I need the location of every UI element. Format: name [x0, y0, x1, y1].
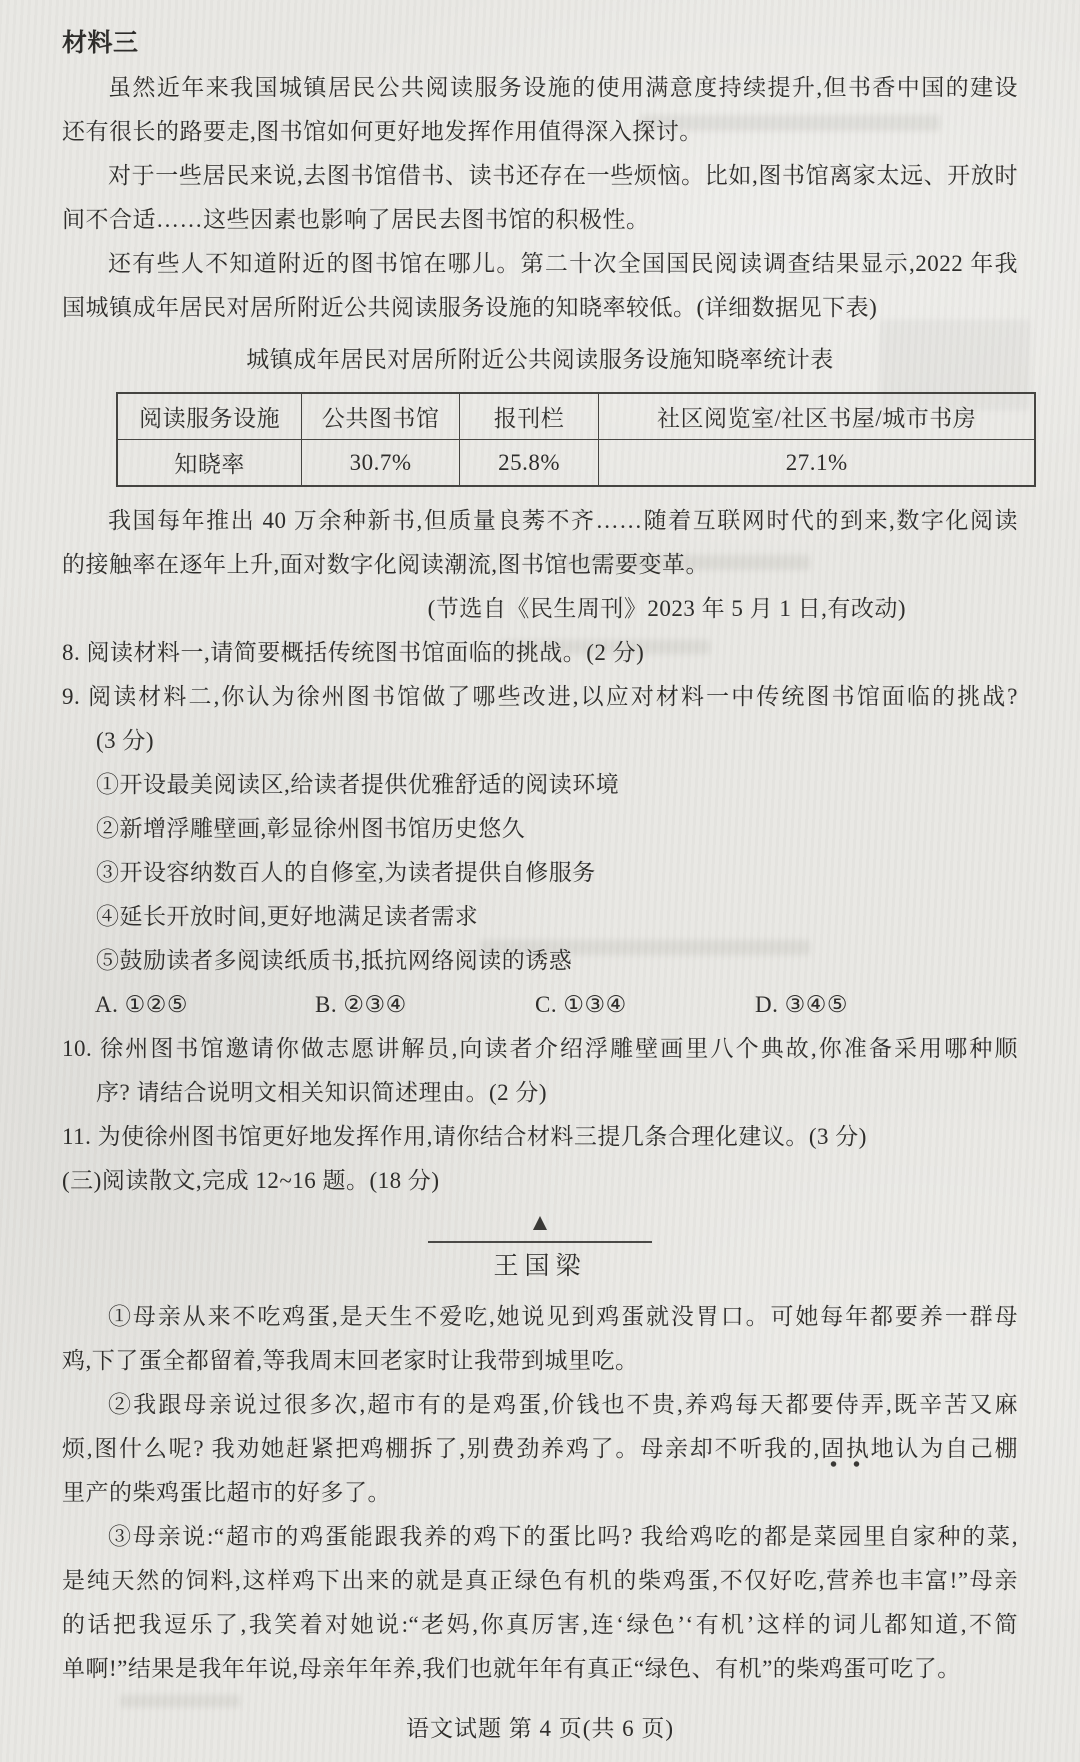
- table-row: 知晓率 30.7% 25.8% 27.1%: [117, 440, 1035, 487]
- page-content: 材料三 虽然近年来我国城镇居民公共阅读服务设施的使用满意度持续提升,但书香中国的…: [0, 0, 1080, 1751]
- essay-paragraph-line-with-emphasis: 烦,图什么呢? 我劝她赶紧把鸡棚拆了,别费劲养鸡了。母亲却不听我的,固执地认为自…: [62, 1427, 1018, 1471]
- option-b: B. ②③④: [315, 983, 535, 1027]
- material3-paragraph-line: 虽然近年来我国城镇居民公共阅读服务设施的使用满意度持续提升,但书香中国的建设: [62, 66, 1018, 110]
- essay-paragraph-line: 鸡,下了蛋全都留着,等我周末回老家时让我带到城里吃。: [62, 1339, 1018, 1383]
- material3-paragraph-line: 我国每年推出 40 万余种新书,但质量良莠不齐……随着互联网时代的到来,数字化阅…: [62, 499, 1018, 543]
- page-footer: 语文试题 第 4 页(共 6 页): [62, 1707, 1018, 1751]
- table-row-label: 知晓率: [117, 440, 302, 487]
- question-9-item-2: ②新增浮雕壁画,彰显徐州图书馆历史悠久: [62, 807, 1018, 851]
- question-9-line: 9. 阅读材料二,你认为徐州图书馆做了哪些改进,以应对材料一中传统图书馆面临的挑…: [62, 675, 1018, 719]
- table-header-cell: 阅读服务设施: [117, 393, 302, 440]
- material3-paragraph-line: 还有很长的路要走,图书馆如何更好地发挥作用值得深入探讨。: [62, 110, 1018, 154]
- source-attribution: (节选自《民生周刊》2023 年 5 月 1 日,有改动): [62, 587, 1018, 631]
- essay-title-block: ▲ 王国梁: [62, 1203, 1018, 1295]
- question-9-item-1: ①开设最美阅读区,给读者提供优雅舒适的阅读环境: [62, 763, 1018, 807]
- essay-paragraph-line: 的话把我逗乐了,我笑着对她说:“老妈,你真厉害,连‘绿色’‘有机’这样的词儿都知…: [62, 1603, 1018, 1647]
- option-d: D. ③④⑤: [755, 983, 848, 1027]
- essay-paragraph-line: ③母亲说:“超市的鸡蛋能跟我养的鸡下的蛋比吗? 我给鸡吃的都是菜园里自家种的菜,: [62, 1515, 1018, 1559]
- option-c: C. ①③④: [535, 983, 755, 1027]
- question-9-score: (3 分): [62, 719, 1018, 763]
- essay-paragraph-line: 是纯天然的饲料,这样鸡下出来的就是真正绿色有机的柴鸡蛋,不仅好吃,营养也丰富!”…: [62, 1559, 1018, 1603]
- question-9-item-4: ④延长开放时间,更好地满足读者需求: [62, 895, 1018, 939]
- table-value-cell: 27.1%: [599, 440, 1035, 487]
- table-value-cell: 25.8%: [459, 440, 599, 487]
- emphasis-line-pre: 烦,图什么呢? 我劝她赶紧把鸡棚拆了,别费劲养鸡了。母亲却不听我的,: [62, 1436, 820, 1461]
- question-10-line: 10. 徐州图书馆邀请你做志愿讲解员,向读者介绍浮雕壁画里八个典故,你准备采用哪…: [62, 1027, 1018, 1071]
- awareness-rate-table: 阅读服务设施 公共图书馆 报刊栏 社区阅览室/社区书屋/城市书房 知晓率 30.…: [116, 392, 1036, 487]
- question-9-item-5: ⑤鼓励读者多阅读纸质书,抵抗网络阅读的诱惑: [62, 939, 1018, 983]
- essay-paragraph-line: ②我跟母亲说过很多次,超市有的是鸡蛋,价钱也不贵,养鸡每天都要侍弄,既辛苦又麻: [62, 1383, 1018, 1427]
- essay-paragraph-line: ①母亲从来不吃鸡蛋,是天生不爱吃,她说见到鸡蛋就没胃口。可她每年都要养一群母: [62, 1295, 1018, 1339]
- essay-paragraph-line: 单啊!”结果是我年年说,母亲年年养,我们也就年年有真正“绿色、有机”的柴鸡蛋可吃…: [62, 1647, 1018, 1691]
- option-a: A. ①②⑤: [95, 983, 315, 1027]
- material3-paragraph-line: 对于一些居民来说,去图书馆借书、读书还存在一些烦恼。比如,图书馆离家太远、开放时: [62, 154, 1018, 198]
- section-3-heading: (三)阅读散文,完成 12~16 题。(18 分): [62, 1159, 1018, 1203]
- table-header-cell: 报刊栏: [459, 393, 599, 440]
- answer-options-row: A. ①②⑤ B. ②③④ C. ①③④ D. ③④⑤: [62, 983, 1018, 1027]
- emphasis-line-post: 地认为自己棚: [871, 1436, 1018, 1461]
- table-value-cell: 30.7%: [302, 440, 459, 487]
- table-title: 城镇成年居民对居所附近公共阅读服务设施知晓率统计表: [62, 338, 1018, 382]
- material3-paragraph-line: 间不合适……这些因素也影响了居民去图书馆的积极性。: [62, 198, 1018, 242]
- question-9-item-3: ③开设容纳数百人的自修室,为读者提供自修服务: [62, 851, 1018, 895]
- material3-paragraph-line: 还有些人不知道附近的图书馆在哪儿。第二十次全国国民阅读调查结果显示,2022 年…: [62, 242, 1018, 286]
- material3-paragraph-line: 国城镇成年居民对居所附近公共阅读服务设施的知晓率较低。(详细数据见下表): [62, 286, 1018, 330]
- question-11: 11. 为使徐州图书馆更好地发挥作用,请你结合材料三提几条合理化建议。(3 分): [62, 1115, 1018, 1159]
- table-header-cell: 社区阅览室/社区书屋/城市书房: [599, 393, 1035, 440]
- question-8: 8. 阅读材料一,请简要概括传统图书馆面临的挑战。(2 分): [62, 631, 1018, 675]
- table-header-row: 阅读服务设施 公共图书馆 报刊栏 社区阅览室/社区书屋/城市书房: [117, 393, 1035, 440]
- material3-paragraph-line: 的接触率在逐年上升,面对数字化阅读潮流,图书馆也需要变革。: [62, 543, 1018, 587]
- essay-author: 王国梁: [62, 1243, 1018, 1287]
- emphasized-word: 固执: [820, 1436, 871, 1468]
- blank-title-triangle-marker: ▲: [62, 1203, 1018, 1241]
- material-3-heading: 材料三: [62, 22, 1018, 66]
- question-10-line: 序? 请结合说明文相关知识简述理由。(2 分): [62, 1071, 1018, 1115]
- table-header-cell: 公共图书馆: [302, 393, 459, 440]
- exam-paper-page: 材料三 虽然近年来我国城镇居民公共阅读服务设施的使用满意度持续提升,但书香中国的…: [0, 0, 1080, 1762]
- essay-paragraph-line: 里产的柴鸡蛋比超市的好多了。: [62, 1471, 1018, 1515]
